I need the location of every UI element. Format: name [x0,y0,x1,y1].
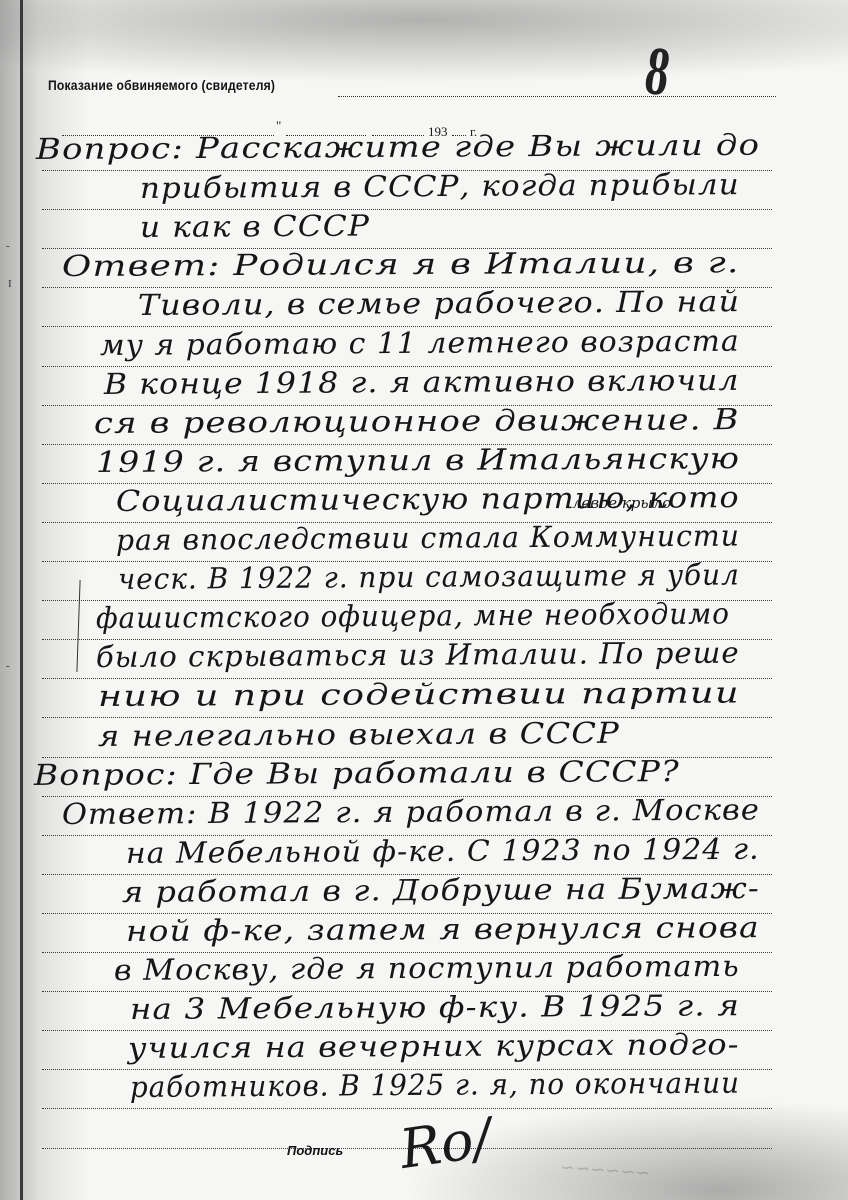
page-number: 8 [644,35,670,111]
handwritten-line: ной ф-ке, затем я вернулся снова [126,910,760,948]
margin-mark: - [6,660,10,672]
signature-label: Подпись [287,1143,343,1158]
binding-edge [20,0,23,1200]
handwritten-line: 1919 г. я вступил в Итальянскую [96,441,741,479]
handwritten-line: в Москву, где я поступил работать [114,949,740,987]
handwritten-line: работников. В 1925 г. я, по окончании [130,1066,740,1104]
handwritten-line: В конце 1918 г. я активно включил [104,363,740,401]
handwritten-line: Вопрос: Где Вы работали в СССР? [34,754,680,792]
handwritten-line: я работал в г. Добруше на Бумаж- [122,871,760,909]
handwritten-line: фашистского офицера, мне необходимо [96,596,730,635]
header-fill-line [338,96,776,97]
ruled-line [42,1108,772,1109]
handwritten-line: Ответ: В 1922 г. я работал в г. Москве [62,792,760,831]
handwritten-line: на Мебельной ф-ке. С 1923 по 1924 г. [126,832,760,870]
insertion-annotation: левое крыло [572,494,671,512]
handwritten-line: прибытия в СССР, когда прибыли [140,167,740,205]
handwritten-line: ческ. В 1922 г. при самозащите я убил [118,557,740,596]
handwritten-line: учился на вечерних курсах подго- [128,1027,740,1065]
handwritten-line: Тиволи, в семье рабочего. По най [138,284,740,322]
form-header-label: Показание обвиняемого (свидетеля) [48,78,275,93]
handwritten-line: я нелегально выехал в СССР [98,716,620,753]
handwritten-line: на 3 Мебельную ф-ку. В 1925 г. я [130,988,740,1026]
bleed-through-text: ~~~~~~ [559,1157,651,1184]
handwritten-line: рая впоследствии стала Коммунисти [116,519,740,557]
handwritten-line: нию и при содействии партии [98,675,740,713]
margin-mark: I [8,278,12,290]
margin-bracket [76,580,80,672]
handwritten-line: Ответ: Родился я в Италии, в г. [62,245,740,283]
signature: Ro/ [396,1106,495,1181]
handwritten-line: Вопрос: Расскажите где Вы жили до [36,128,761,166]
handwritten-line: му я работаю с 11 летнего возраста [100,324,740,362]
handwritten-line: ся в революционное движение. В [94,402,740,440]
handwritten-line: и как в СССР [140,209,370,244]
margin-mark: - [6,240,10,252]
document-page: - I - 8 Показание обвиняемого (свидетеля… [0,0,848,1200]
handwritten-line: было скрываться из Италии. По реше [96,636,740,674]
